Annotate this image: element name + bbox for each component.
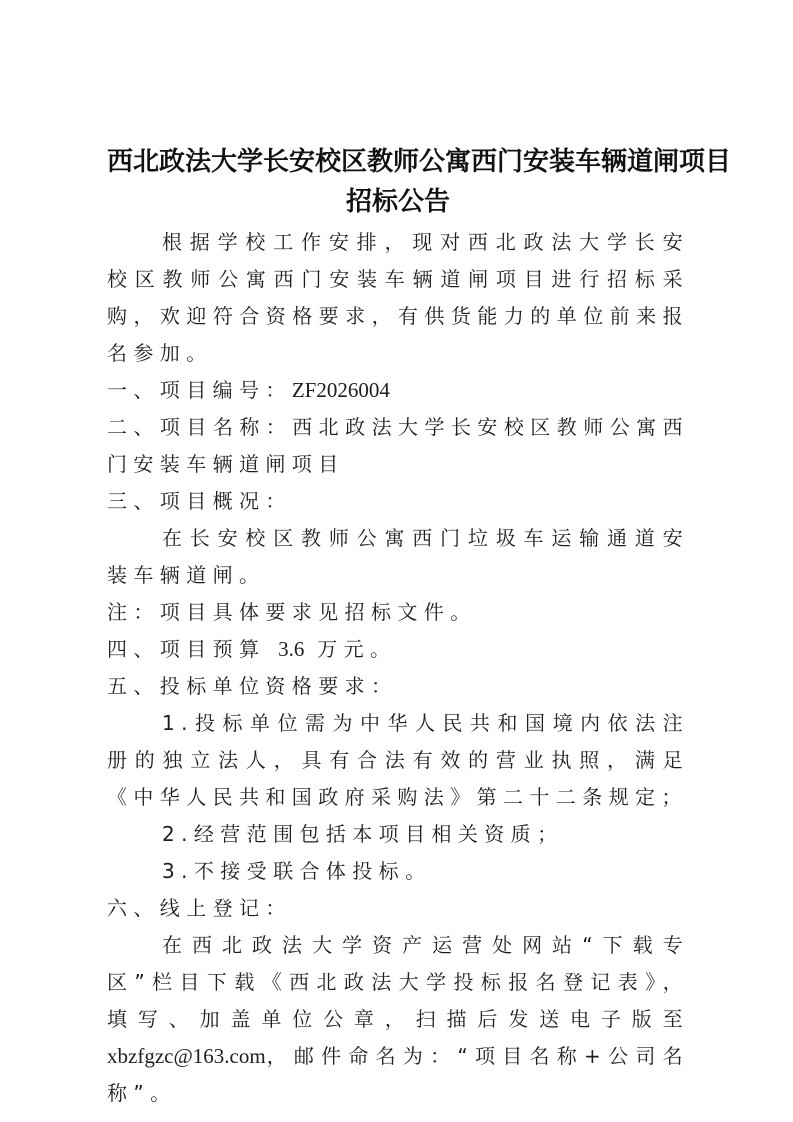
- announcement-page: 西北政法大学长安校区教师公寓西门安装车辆道闸项目 招标公告 根据学校工作安排，现…: [107, 142, 689, 1112]
- document-body: 根据学校工作安排，现对西北政法大学长安校区教师公寓西门安装车辆道闸项目进行招标采…: [107, 224, 689, 1112]
- qualification-item-1: 1.投标单位需为中华人民共和国境内依法注册的独立法人，具有合法有效的营业执照，满…: [107, 705, 689, 816]
- title-line-1: 西北政法大学长安校区教师公寓西门安装车辆道闸项目: [107, 142, 689, 182]
- document-title: 西北政法大学长安校区教师公寓西门安装车辆道闸项目 招标公告: [107, 142, 689, 222]
- project-name-line: 二、项目名称：西北政法大学长安校区教师公寓西门安装车辆道闸项目: [107, 409, 689, 483]
- qualification-item-2: 2.经营范围包括本项目相关资质；: [107, 816, 689, 853]
- registration-text: 在西北政法大学资产运营处网站“下载专区”栏目下载《西北政法大学投标报名登记表》，…: [107, 927, 689, 1112]
- registration-email[interactable]: xbzfgzc@163.com: [107, 1044, 266, 1068]
- project-name-label: 二、项目名称：: [107, 415, 292, 439]
- qualifications-heading: 五、投标单位资格要求：: [107, 668, 689, 705]
- project-number-value: ZF2026004: [292, 378, 390, 402]
- budget-label: 四、项目预算: [107, 637, 265, 661]
- project-overview-text: 在长安校区教师公寓西门垃圾车运输通道安装车辆道闸。: [107, 520, 689, 594]
- budget-unit: 万元。: [317, 637, 396, 661]
- note-line: 注：项目具体要求见招标文件。: [107, 594, 689, 631]
- qualification-item-3: 3.不接受联合体投标。: [107, 853, 689, 890]
- registration-heading: 六、线上登记：: [107, 890, 689, 927]
- project-number-label: 一、项目编号：: [107, 378, 292, 402]
- budget-value: 3.6: [278, 637, 304, 661]
- project-number-line: 一、项目编号：ZF2026004: [107, 372, 689, 409]
- title-line-2: 招标公告: [107, 182, 689, 222]
- registration-text-before-email: 在西北政法大学资产运营处网站“下载专区”栏目下载《西北政法大学投标报名登记表》，…: [107, 933, 689, 1031]
- project-overview-heading: 三、项目概况：: [107, 483, 689, 520]
- intro-paragraph: 根据学校工作安排，现对西北政法大学长安校区教师公寓西门安装车辆道闸项目进行招标采…: [107, 224, 689, 372]
- budget-line: 四、项目预算 3.6 万元。: [107, 631, 689, 668]
